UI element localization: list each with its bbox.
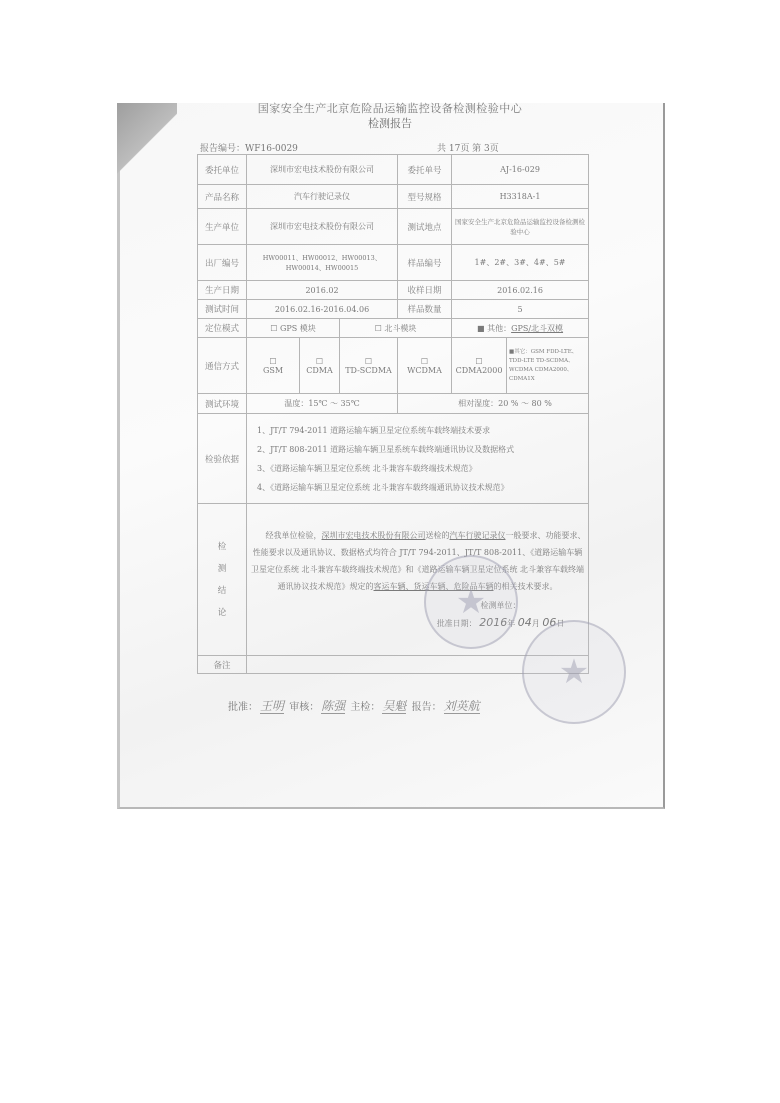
sample-qty-value: 5 xyxy=(452,300,589,319)
row-conclusion: 检 测 结 论 经我单位检验，深圳市宏电技术股份有限公司送检的汽车行驶记录仪一般… xyxy=(198,504,589,656)
row-manufacturer: 生产单位 深圳市宏电技术股份有限公司 测试地点 国家安全生产北京危险品运输监控设… xyxy=(198,209,589,245)
inspection-center-stamp: ★ xyxy=(424,555,518,649)
cdma-checkbox: ☐ xyxy=(302,357,337,366)
report-signature: 刘英航 xyxy=(444,699,480,714)
test-unit: 检测单位： xyxy=(249,597,586,614)
comm-wcdma: ☐WCDMA xyxy=(398,338,452,394)
scan-shadow xyxy=(117,103,177,183)
row-environment: 测试环境 温度：15℃ ～ 35℃ 相对湿度：20 % ～ 80 % xyxy=(198,394,589,414)
sample-no-value: 1#、2#、3#、4#、5# xyxy=(452,245,589,281)
wcdma-label: WCDMA xyxy=(407,366,442,375)
row-client: 委托单位 深圳市宏电技术股份有限公司 委托单号 AJ-16-029 xyxy=(198,155,589,185)
basis-item: 2、JT/T 808-2011 道路运输车辆卫星系统车载终端通讯协议及数据格式 xyxy=(249,440,586,459)
row-positioning: 定位模式 ☐ GPS 模块 ☐ 北斗模块 ■ 其他：GPS/北斗双模 xyxy=(198,319,589,338)
conclusion-client: 深圳市宏电技术股份有限公司 xyxy=(322,531,426,540)
positioning-beidou: ☐ 北斗模块 xyxy=(340,319,452,338)
star-icon: ★ xyxy=(456,582,486,622)
row-basis: 检验依据 1、JT/T 794-2011 道路运输车辆卫星定位系统车载终端技术要… xyxy=(198,414,589,504)
basis-item: 3、《道路运输车辆卫星定位系统 北斗兼容车载终端技术规范》 xyxy=(249,459,586,478)
row-production-date: 生产日期 2016.02 收样日期 2016.02.16 xyxy=(198,281,589,300)
sample-qty-label: 样品数量 xyxy=(398,300,452,319)
document-title: 国家安全生产北京危险品运输监控设备检测检验中心 xyxy=(190,100,590,116)
company-stamp: ★ xyxy=(522,620,626,724)
comm-other: ■其它：GSM FDD-LTE、TDD-LTE TD-SCDMA、WCDMA C… xyxy=(507,338,589,394)
page-info: 共 17页 第 3页 xyxy=(437,141,499,154)
sample-no-label: 样品编号 xyxy=(398,245,452,281)
basis-list: 1、JT/T 794-2011 道路运输车辆卫星定位系统车载终端技术要求 2、J… xyxy=(247,414,589,504)
model-label: 型号规格 xyxy=(398,185,452,209)
basis-item: 4、《道路运输车辆卫星定位系统 北斗兼容车载终端通讯协议技术规范》 xyxy=(249,478,586,497)
comm-cdma2000: ☐CDMA2000 xyxy=(452,338,507,394)
gsm-label: GSM xyxy=(263,366,283,375)
conclusion-product: 汽车行驶记录仪 xyxy=(450,531,506,540)
recv-date-label: 收样日期 xyxy=(398,281,452,300)
comm-cdma: ☐CDMA xyxy=(300,338,340,394)
gps-option-label: GPS 模块 xyxy=(280,324,316,333)
positioning-other: ■ 其他：GPS/北斗双模 xyxy=(452,319,589,338)
td-scdma-checkbox: ☐ xyxy=(342,357,395,366)
cdma2000-checkbox: ☐ xyxy=(454,357,504,366)
conclusion-label-char: 测 xyxy=(200,558,244,580)
manufacturer-label: 生产单位 xyxy=(198,209,247,245)
row-serial: 出厂编号 HW00011、HW00012、HW00013、HW00014、HW0… xyxy=(198,245,589,281)
comm-other-label: 其它：GSM FDD-LTE、TDD-LTE TD-SCDMA、WCDMA CD… xyxy=(509,349,577,382)
conclusion-paragraph: 经我单位检验，深圳市宏电技术股份有限公司送检的汽车行驶记录仪一般要求、功能要求、… xyxy=(249,527,586,595)
serial-label: 出厂编号 xyxy=(198,245,247,281)
test-time-label: 测试时间 xyxy=(198,300,247,319)
inspect-signature: 吴魁 xyxy=(382,699,406,714)
recv-date-value: 2016.02.16 xyxy=(452,281,589,300)
remarks-label: 备注 xyxy=(198,656,247,674)
other-option-value: GPS/北斗双模 xyxy=(511,324,563,333)
report-number-value: WF16-0029 xyxy=(245,144,298,154)
conclusion-text-b: 送检的 xyxy=(426,531,450,540)
order-no-label: 委托单号 xyxy=(398,155,452,185)
row-communication: 通信方式 ☐GSM ☐CDMA ☐TD-SCDMA ☐WCDMA ☐CDMA20… xyxy=(198,338,589,394)
positioning-gps: ☐ GPS 模块 xyxy=(247,319,340,338)
client-label: 委托单位 xyxy=(198,155,247,185)
conclusion-label-char: 检 xyxy=(200,536,244,558)
serial-value: HW00011、HW00012、HW00013、HW00014、HW00015 xyxy=(247,245,398,281)
test-site-label: 测试地点 xyxy=(398,209,452,245)
other-checkbox-checked: ■ xyxy=(477,324,485,333)
order-no-value: AJ-16-029 xyxy=(452,155,589,185)
env-label: 测试环境 xyxy=(198,394,247,414)
row-test-time: 测试时间 2016.02.16-2016.04.06 样品数量 5 xyxy=(198,300,589,319)
conclusion-text: 经我单位检验，深圳市宏电技术股份有限公司送检的汽车行驶记录仪一般要求、功能要求、… xyxy=(247,504,589,656)
comm-gsm: ☐GSM xyxy=(247,338,300,394)
approve-signature: 王明 xyxy=(260,699,284,714)
test-site-value: 国家安全生产北京危险品运输监控设备检测检验中心 xyxy=(452,209,589,245)
client-value: 深圳市宏电技术股份有限公司 xyxy=(247,155,398,185)
prod-date-label: 生产日期 xyxy=(198,281,247,300)
humidity-value: 相对湿度：20 % ～ 80 % xyxy=(398,394,589,414)
report-table: 委托单位 深圳市宏电技术股份有限公司 委托单号 AJ-16-029 产品名称 汽… xyxy=(197,154,589,674)
manufacturer-value: 深圳市宏电技术股份有限公司 xyxy=(247,209,398,245)
positioning-label: 定位模式 xyxy=(198,319,247,338)
wcdma-checkbox: ☐ xyxy=(400,357,449,366)
product-label: 产品名称 xyxy=(198,185,247,209)
document-subtitle: 检测报告 xyxy=(190,115,590,131)
review-signature: 陈强 xyxy=(321,699,345,714)
model-value: H3318A-1 xyxy=(452,185,589,209)
prod-date-value: 2016.02 xyxy=(247,281,398,300)
cdma-label: CDMA xyxy=(306,366,333,375)
basis-item: 1、JT/T 794-2011 道路运输车辆卫星定位系统车载终端技术要求 xyxy=(249,421,586,440)
gps-checkbox: ☐ xyxy=(270,324,277,333)
conclusion-label-char: 论 xyxy=(200,602,244,624)
basis-label: 检验依据 xyxy=(198,414,247,504)
product-value: 汽车行驶记录仪 xyxy=(247,185,398,209)
review-label: 审核： xyxy=(289,702,319,713)
approval-date: 批准日期： 2016年 04月 06日 xyxy=(249,614,586,632)
signature-row: 批准：王明 审核：陈强 主检：吴魁 报告：刘英航 xyxy=(228,697,482,714)
comm-td-scdma: ☐TD-SCDMA xyxy=(340,338,398,394)
test-time-value: 2016.02.16-2016.04.06 xyxy=(247,300,398,319)
temperature-value: 温度：15℃ ～ 35℃ xyxy=(247,394,398,414)
conclusion-label: 检 测 结 论 xyxy=(198,504,247,656)
cdma2000-label: CDMA2000 xyxy=(456,366,503,375)
beidou-checkbox: ☐ xyxy=(375,324,382,333)
report-number: 报告编号：WF16-0029 xyxy=(200,141,298,154)
inspect-label: 主检： xyxy=(350,702,380,713)
month-suffix: 月 xyxy=(532,619,540,628)
row-product: 产品名称 汽车行驶记录仪 型号规格 H3318A-1 xyxy=(198,185,589,209)
gsm-checkbox: ☐ xyxy=(249,357,297,366)
star-icon: ★ xyxy=(559,652,589,692)
beidou-option-label: 北斗模块 xyxy=(384,324,416,333)
td-scdma-label: TD-SCDMA xyxy=(345,366,392,375)
report-number-label: 报告编号： xyxy=(200,144,245,154)
approval-month: 04 xyxy=(518,616,532,629)
comm-label: 通信方式 xyxy=(198,338,247,394)
approve-label: 批准： xyxy=(228,702,258,713)
other-option-label: 其他： xyxy=(487,324,511,333)
conclusion-intro: 经我单位检验， xyxy=(266,531,322,540)
conclusion-label-char: 结 xyxy=(200,580,244,602)
report-label: 报告： xyxy=(412,702,442,713)
